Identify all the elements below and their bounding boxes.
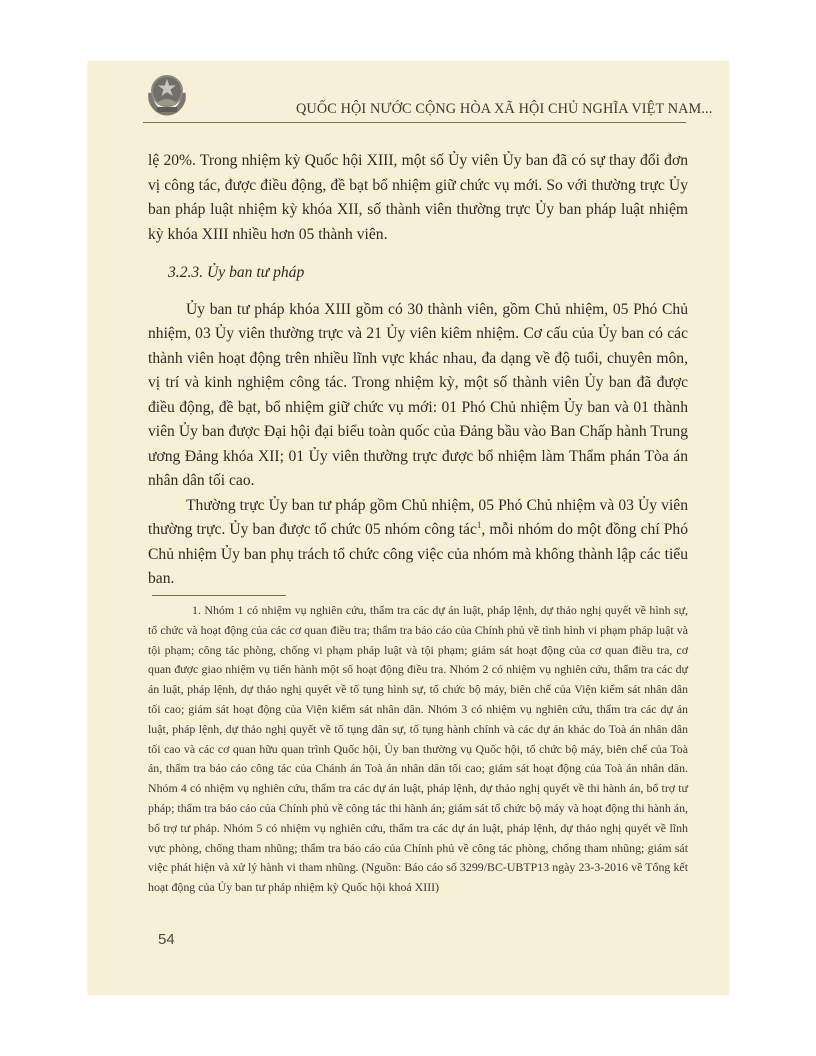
footnote-1: 1. Nhóm 1 có nhiệm vụ nghiên cứu, thẩm t…	[148, 601, 688, 898]
paragraph-committee-composition: Ủy ban tư pháp khóa XIII gồm có 30 thành…	[148, 298, 688, 494]
document-page: QUỐC HỘI NƯỚC CỘNG HÒA XÃ HỘI CHỦ NGHĨA …	[88, 61, 729, 995]
page-number: 54	[158, 931, 175, 948]
running-header-title: QUỐC HỘI NƯỚC CỘNG HÒA XÃ HỘI CHỦ NGHĨA …	[296, 101, 686, 118]
main-text: lệ 20%. Trong nhiệm kỳ Quốc hội XIII, mộ…	[148, 149, 688, 592]
national-emblem-icon	[143, 69, 191, 117]
emblem-graphic	[143, 69, 191, 117]
paragraph-standing-committee: Thường trực Ủy ban tư pháp gồm Chủ nhiệm…	[148, 494, 688, 592]
header-divider	[143, 122, 686, 123]
footnote-divider	[152, 595, 286, 596]
section-heading: 3.2.3. Ủy ban tư pháp	[168, 261, 688, 286]
paragraph-continuation: lệ 20%. Trong nhiệm kỳ Quốc hội XIII, mộ…	[148, 149, 688, 247]
